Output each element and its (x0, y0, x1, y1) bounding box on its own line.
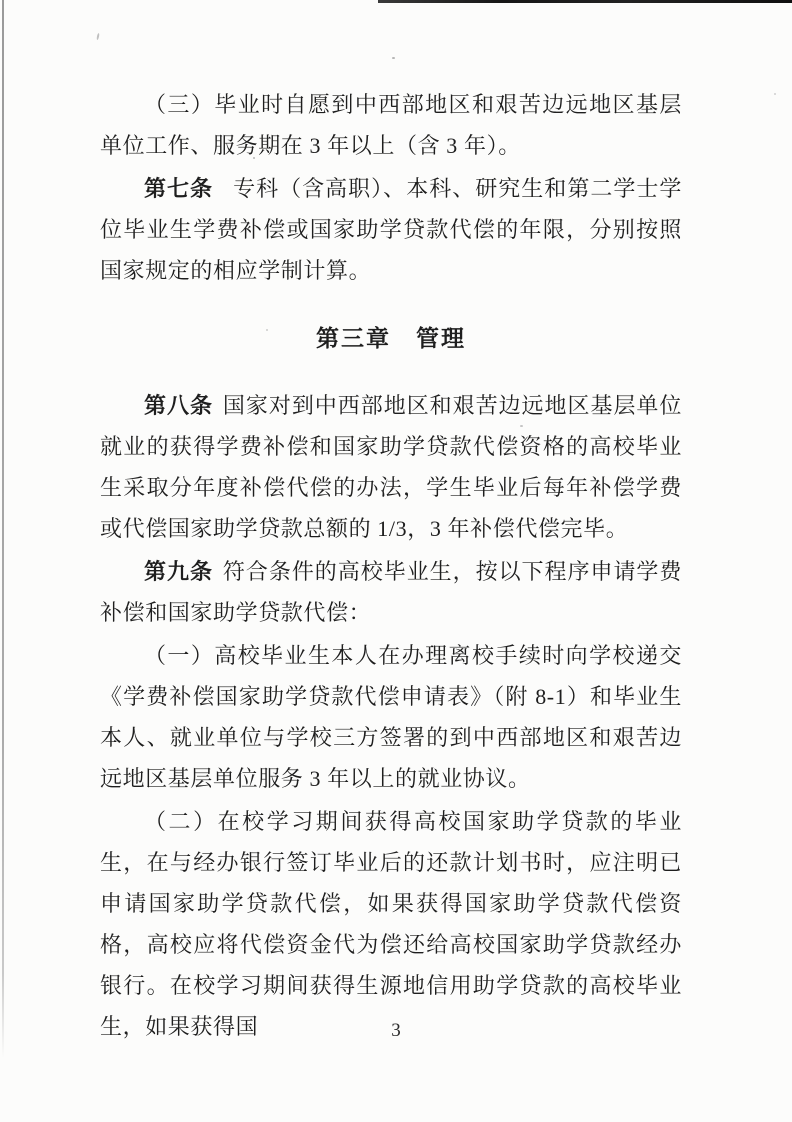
paragraph-item-3: （三）毕业时自愿到中西部地区和艰苦边远地区基层单位工作、服务期在 3 年以上（含… (100, 84, 682, 166)
scan-speck (392, 57, 395, 59)
scan-speck (96, 33, 99, 40)
paragraph-article-7: 第七条专科（含高职）、本科、研究生和第二学士学位毕业生学费补偿或国家助学贷款代偿… (100, 168, 682, 291)
article-9-lead: 第九条 (144, 559, 213, 584)
scan-speck (774, 93, 776, 95)
paragraph-item-2: （二）在校学习期间获得高校国家助学贷款的毕业生，在与经办银行签订毕业后的还款计划… (100, 801, 682, 1047)
scanned-document-page: （三）毕业时自愿到中西部地区和艰苦边远地区基层单位工作、服务期在 3 年以上（含… (0, 0, 792, 1122)
paragraph-article-9: 第九条符合条件的高校毕业生，按以下程序申请学费补偿和国家助学贷款代偿： (100, 551, 682, 633)
scan-artifact-top-edge (378, 0, 792, 3)
paragraph-text: （一）高校毕业生本人在办理离校手续时向学校递交《学费补偿国家助学贷款代偿申请表》… (100, 643, 682, 791)
scan-artifact-left-edge (2, 0, 4, 1058)
chapter-3-heading: 第三章 管理 (100, 318, 682, 359)
article-7-lead: 第七条 (144, 176, 213, 201)
document-body: （三）毕业时自愿到中西部地区和艰苦边远地区基层单位工作、服务期在 3 年以上（含… (100, 84, 682, 1049)
page-number: 3 (0, 1020, 792, 1042)
paragraph-text: （二）在校学习期间获得高校国家助学贷款的毕业生，在与经办银行签订毕业后的还款计划… (100, 809, 682, 1039)
paragraph-article-8: 第八条国家对到中西部地区和艰苦边远地区基层单位就业的获得学费补偿和国家助学贷款代… (100, 385, 682, 549)
paragraph-item-1: （一）高校毕业生本人在办理离校手续时向学校递交《学费补偿国家助学贷款代偿申请表》… (100, 635, 682, 799)
paragraph-text: （三）毕业时自愿到中西部地区和艰苦边远地区基层单位工作、服务期在 3 年以上（含… (100, 92, 682, 158)
article-8-lead: 第八条 (144, 393, 213, 418)
